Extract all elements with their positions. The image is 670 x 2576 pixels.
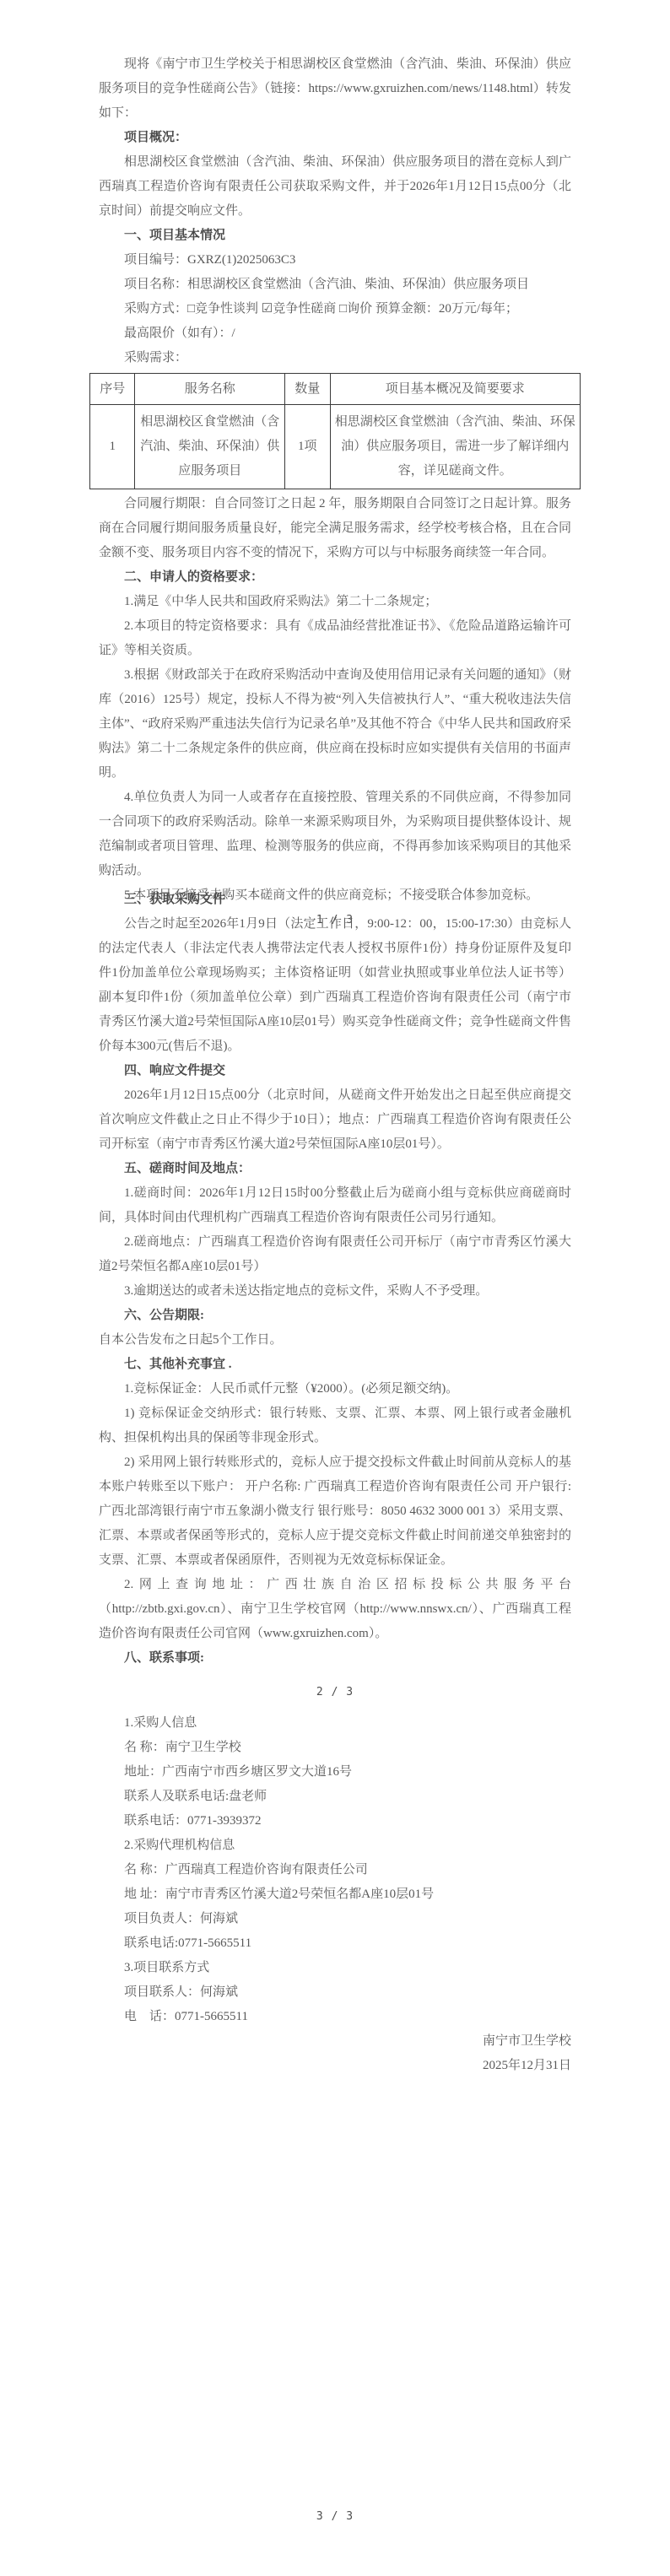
signature-org-line: 南宁市卫生学校 xyxy=(99,2029,571,2054)
section-8-heading: 八、联系事项: xyxy=(99,1646,571,1671)
section-6-heading: 六、公告期限: xyxy=(99,1304,571,1328)
bid-bond-item: 1.竞标保证金：人民币贰仟元整（¥2000）。(必须足额交纳)。 xyxy=(99,1377,571,1401)
section-2-heading: 二、申请人的资格要求： xyxy=(99,565,571,590)
section-7-heading: 七、其他补充事宜 . xyxy=(99,1353,571,1377)
page-1: 现将《南宁市卫生学校关于相思湖校区食堂燃油（含汽油、柴油、环保油）供应服务项目的… xyxy=(99,0,571,878)
submission-paragraph: 2026年1月12日15点00分（北京时间，从磋商文件开始发出之日起至供应商提交… xyxy=(99,1083,571,1157)
contract-term-paragraph: 合同履行期限：自合同签订之日起 2 年，服务期限自合同签订之日起计算。服务商在合… xyxy=(99,492,571,565)
project-contact-label: 3.项目联系方式 xyxy=(99,1956,571,1980)
section-4-heading: 四、响应文件提交 xyxy=(99,1059,571,1083)
project-number-line: 项目编号：GXRZ(1)2025063C3 xyxy=(99,248,571,273)
page-3: 1.采购人信息名 称：南宁卫生学校地址：广西南宁市西乡塘区罗文大道16号联系人及… xyxy=(99,1704,571,2574)
document: 现将《南宁市卫生学校关于相思湖校区食堂燃油（含汽油、柴油、环保油）供应服务项目的… xyxy=(0,0,670,2574)
agency-leader-line: 项目负责人：何海斌 xyxy=(99,1907,571,1931)
max-price-line: 最高限价（如有）：/ xyxy=(99,321,571,346)
section-5-heading: 五、磋商时间及地点： xyxy=(99,1157,571,1181)
late-delivery-item: 3.逾期送达的或者未送达指定地点的竞标文件，采购人不予受理。 xyxy=(99,1279,571,1304)
purchaser-info-label: 1.采购人信息 xyxy=(99,1711,571,1736)
table-header-cell: 数量 xyxy=(285,374,330,405)
project-overview-paragraph: 相思湖校区食堂燃油（含汽油、柴油、环保油）供应服务项目的潜在竞标人到广西瑞真工程… xyxy=(99,150,571,224)
table-cell: 1项 xyxy=(285,405,330,489)
section-1-heading: 一、项目基本情况 xyxy=(99,224,571,248)
qualification-item-1: 1.满足《中华人民共和国政府采购法》第二十二条规定； xyxy=(99,590,571,614)
table-row: 1相思湖校区食堂燃油（含汽油、柴油、环保油）供应服务项目1项相思湖校区食堂燃油（… xyxy=(90,405,581,489)
bid-bond-form-item: 1) 竞标保证金交纳形式：银行转账、支票、汇票、本票、网上银行或者金融机构、担保… xyxy=(99,1401,571,1450)
project-overview-heading: 项目概况： xyxy=(99,126,571,150)
page-2: 三、获取采购文件公告之时起至2026年1月9日（法定工作日，9:00-12：00… xyxy=(99,878,571,1704)
purchaser-phone-line: 联系电话：0771-3939372 xyxy=(99,1809,571,1833)
bank-transfer-item: 2) 采用网上银行转账形式的，竞标人应于提交投标文件截止时间前从竞标人的基本账户… xyxy=(99,1450,571,1573)
document-pages: 现将《南宁市卫生学校关于相思湖校区食堂燃油（含汽油、柴油、环保油）供应服务项目的… xyxy=(0,0,670,2574)
table-cell: 相思湖校区食堂燃油（含汽油、柴油、环保油）供应服务项目，需进一步了解详细内容，详… xyxy=(330,405,581,489)
purchaser-contact-line: 联系人及联系电话:盘老师 xyxy=(99,1785,571,1809)
online-query-item: 2.网上查询地址：广西壮族自治区招标投标公共服务平台（http://zbtb.g… xyxy=(99,1573,571,1646)
procurement-method-line: 采购方式：□竞争性谈判 ☑竞争性磋商 □询价 预算金额：20万元/每年； xyxy=(99,297,571,321)
page-number: 3 / 3 xyxy=(99,2504,571,2529)
project-contact-name-line: 项目联系人：何海斌 xyxy=(99,1980,571,2005)
agency-info-label: 2.采购代理机构信息 xyxy=(99,1833,571,1858)
project-contact-phone-line: 电 话：0771-5665511 xyxy=(99,2005,571,2029)
table-header-cell: 服务名称 xyxy=(135,374,285,405)
page-number: 2 / 3 xyxy=(99,1680,571,1704)
negotiation-place-item: 2.磋商地点：广西瑞真工程造价咨询有限责任公司开标厅（南宁市青秀区竹溪大道2号荣… xyxy=(99,1230,571,1279)
signature-date-line: 2025年12月31日 xyxy=(99,2054,571,2078)
table-header-cell: 项目基本概况及简要要求 xyxy=(330,374,581,405)
project-name-line: 项目名称：相思湖校区食堂燃油（含汽油、柴油、环保油）供应服务项目 xyxy=(99,273,571,297)
agency-phone-line: 联系电话:0771-5665511 xyxy=(99,1931,571,1956)
qualification-item-4: 4.单位负责人为同一人或者存在直接控股、管理关系的不同供应商，不得参加同一合同项… xyxy=(99,786,571,883)
obtain-documents-paragraph: 公告之时起至2026年1月9日（法定工作日，9:00-12：00，15:00-1… xyxy=(99,912,571,1059)
purchaser-address-line: 地址：广西南宁市西乡塘区罗文大道16号 xyxy=(99,1760,571,1785)
section-3-heading: 三、获取采购文件 xyxy=(99,888,571,912)
intro-paragraph: 现将《南宁市卫生学校关于相思湖校区食堂燃油（含汽油、柴油、环保油）供应服务项目的… xyxy=(99,52,571,126)
table-cell: 相思湖校区食堂燃油（含汽油、柴油、环保油）供应服务项目 xyxy=(135,405,285,489)
negotiation-time-item: 1.磋商时间：2026年1月12日15时00分整截止后为磋商小组与竞标供应商磋商… xyxy=(99,1181,571,1230)
agency-name-line: 名 称：广西瑞真工程造价咨询有限责任公司 xyxy=(99,1858,571,1882)
procurement-demand-label: 采购需求： xyxy=(99,346,571,370)
purchaser-name-line: 名 称：南宁卫生学校 xyxy=(99,1736,571,1760)
announcement-period-line: 自本公告发布之日起5个工作日。 xyxy=(99,1328,571,1353)
requirements-table: 序号服务名称数量项目基本概况及简要要求1相思湖校区食堂燃油（含汽油、柴油、环保油… xyxy=(89,373,581,489)
qualification-item-3: 3.根据《财政部关于在政府采购活动中查询及使用信用记录有关问题的通知》（财库（2… xyxy=(99,663,571,786)
table-header-cell: 序号 xyxy=(90,374,135,405)
qualification-item-2: 2.本项目的特定资格要求：具有《成品油经营批准证书》、《危险品道路运输许可证》等… xyxy=(99,614,571,663)
table-cell: 1 xyxy=(90,405,135,489)
agency-address-line: 地 址：南宁市青秀区竹溪大道2号荣恒名都A座10层01号 xyxy=(99,1882,571,1907)
